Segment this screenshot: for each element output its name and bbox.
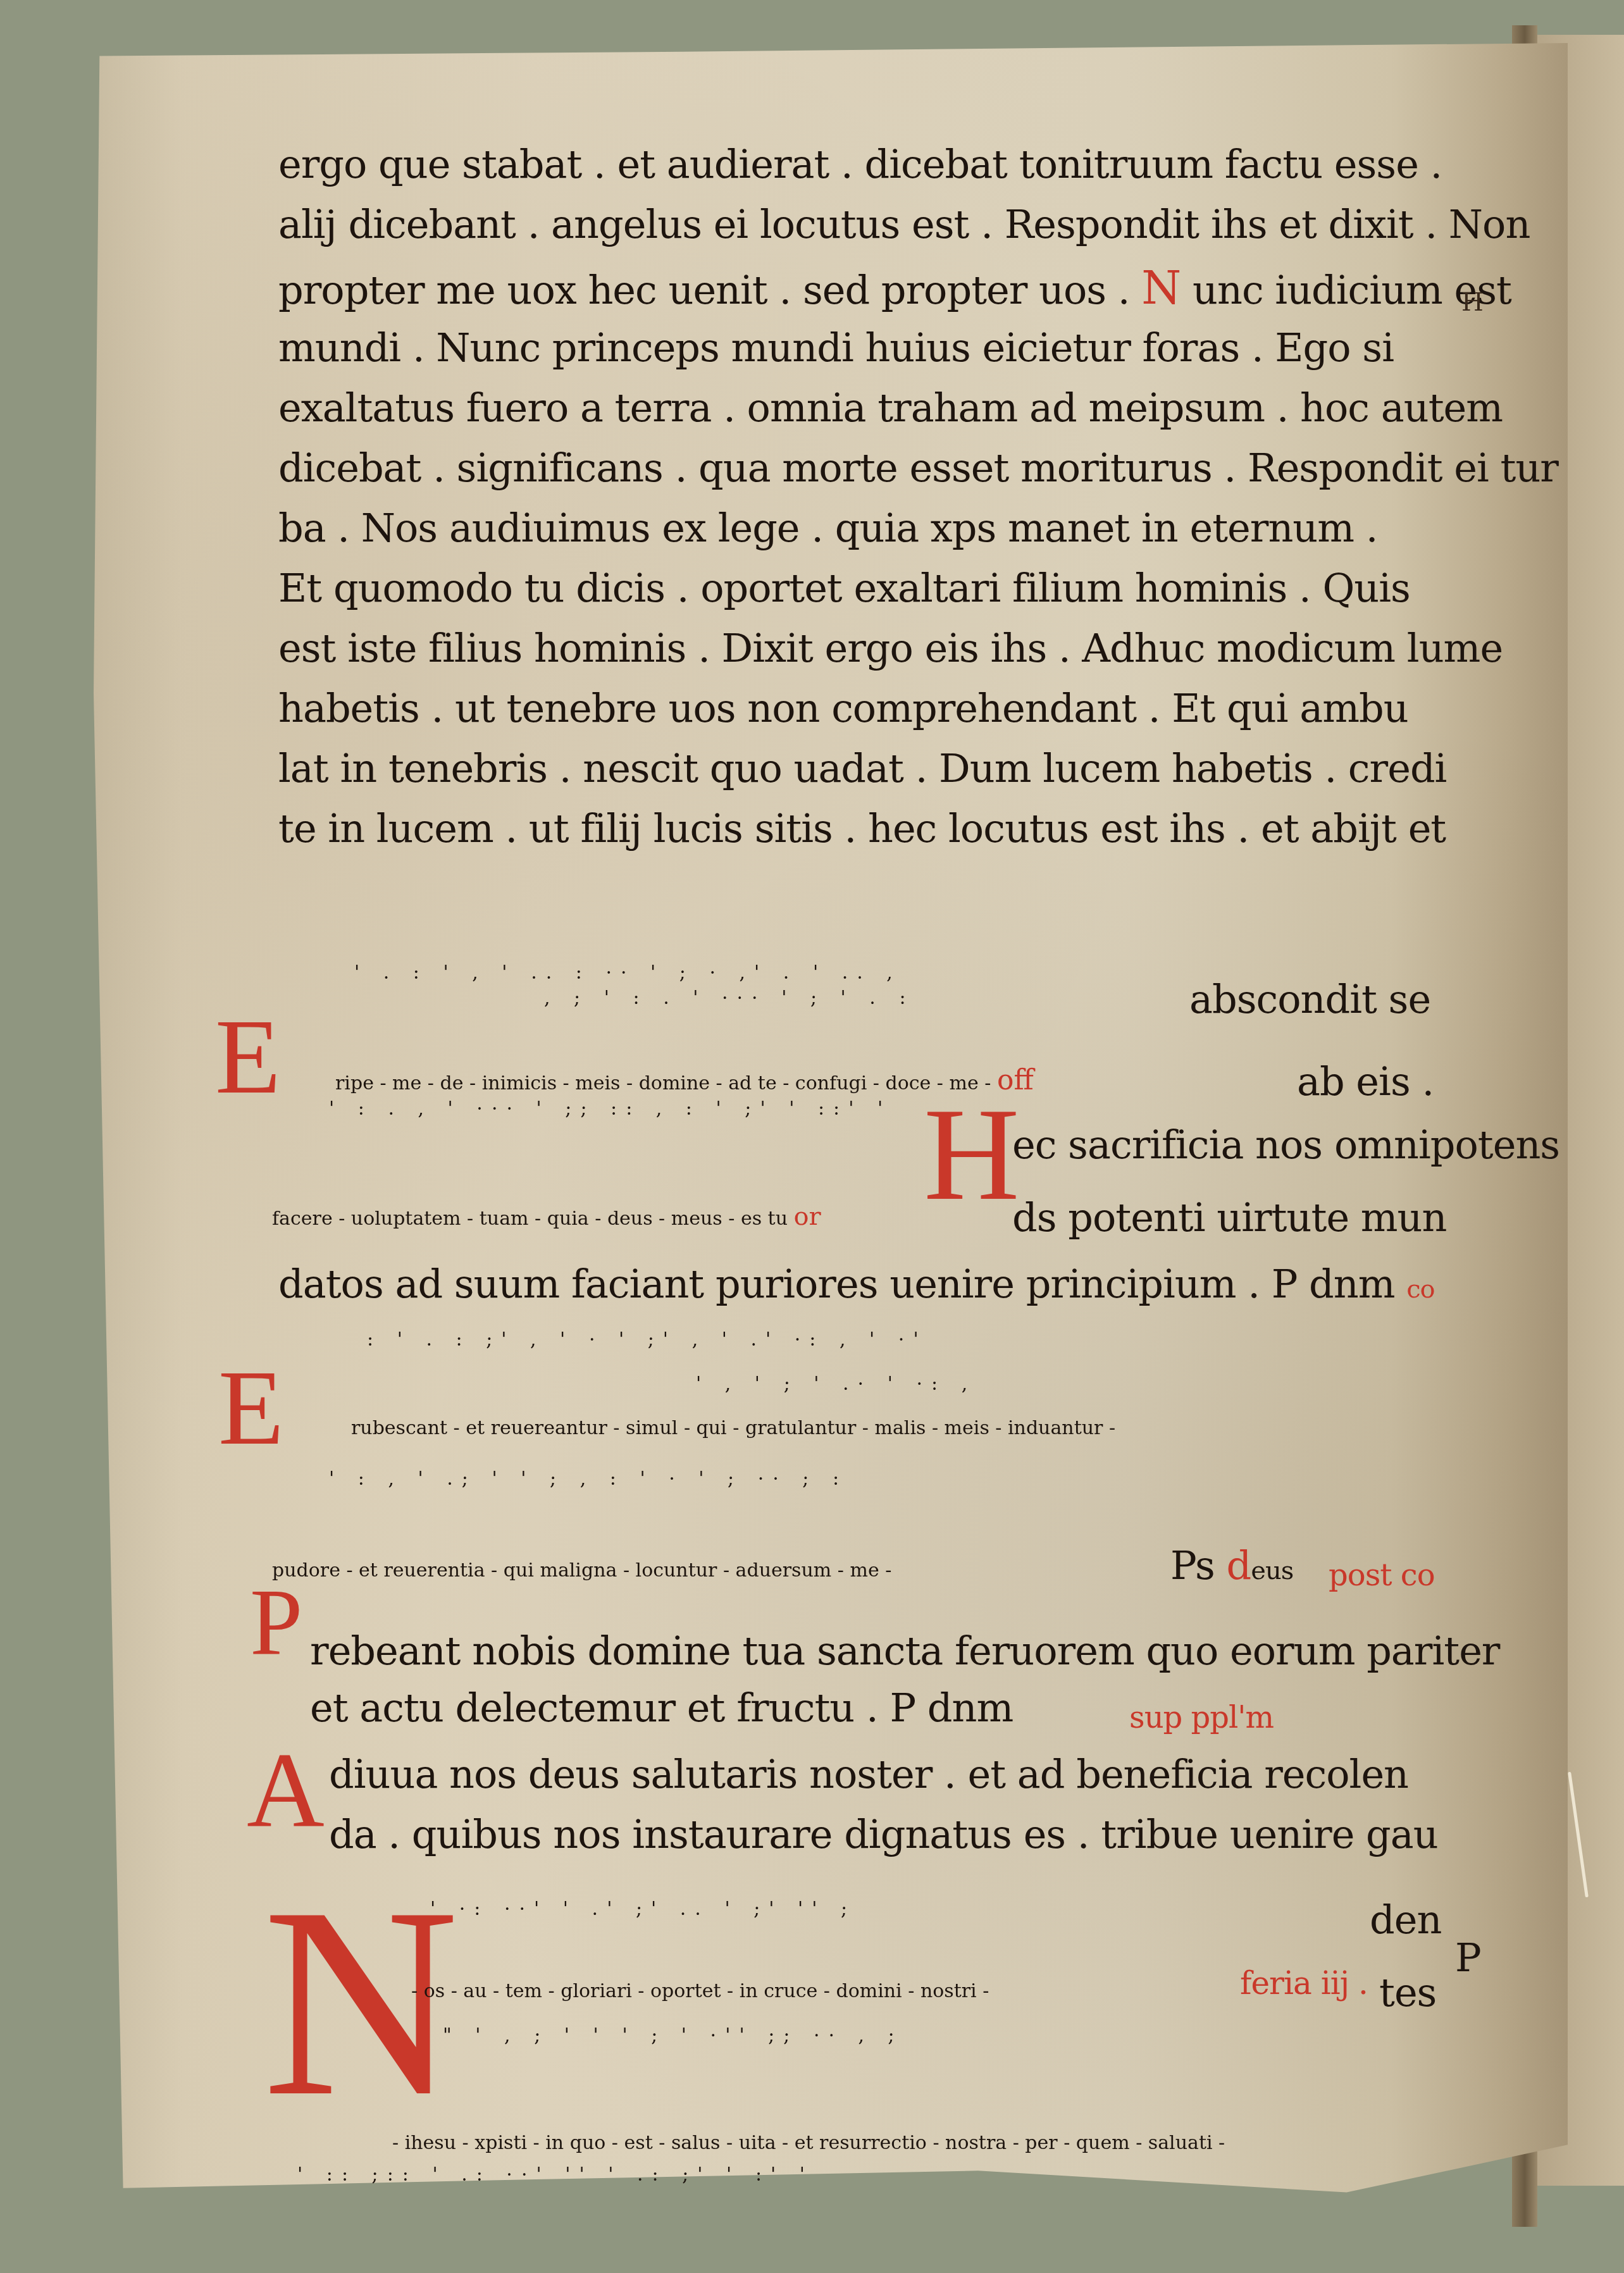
neumes: ' , ' ; ' .· ' ·: , xyxy=(696,1373,976,1411)
chant-syllables: - ihesu - xpisti - in quo - est - salus … xyxy=(392,2132,1225,2155)
chant-letter: P xyxy=(1455,1936,1481,1980)
prose-line: et actu delectemur et fructu . P dnm xyxy=(310,1686,1013,1730)
prose-text: propter me uox hec uenit . sed propter u… xyxy=(278,267,1130,313)
rubric-postcommunion: post co xyxy=(1329,1553,1435,1597)
red-initial-a: A xyxy=(247,1737,325,1844)
syllables: ripe - me - de - inimicis - meis - domin… xyxy=(335,1072,991,1094)
prose-line: Et quomodo tu dicis . oportet exaltari f… xyxy=(278,566,1410,610)
chant-text: tes xyxy=(1379,1971,1436,2015)
red-initial-h: H xyxy=(924,1088,1020,1221)
chant-text: ab eis . xyxy=(1297,1060,1434,1104)
prose-line: mundi . Nunc princeps mundi huius eiciet… xyxy=(278,326,1394,370)
chant-text: den xyxy=(1370,1898,1441,1942)
prose-line: alij dicebant . angelus ei locutus est .… xyxy=(278,202,1530,247)
prose-line: dicebat . significans . qua morte esset … xyxy=(278,446,1558,490)
rubric-oratio: or xyxy=(794,1202,821,1231)
prose-text: datos ad suum faciant puriores uenire pr… xyxy=(278,1261,1394,1307)
chant-syllables: - os - au - tem - gloriari - oportet - i… xyxy=(411,1980,989,2003)
red-initial-p: P xyxy=(250,1575,302,1670)
chant-text: ds potenti uirtute mun xyxy=(1012,1196,1446,1240)
prose-line: propter me uox hec uenit . sed propter u… xyxy=(278,266,1511,313)
neumes: ' ·: ··' ' .' ;' .. ' ;' '' ; xyxy=(430,1898,856,1936)
neumes: ' :: ;:: ' .: ··' '' ' .: ;' ' :' ' xyxy=(297,2164,814,2202)
rubric-communion: co xyxy=(1406,1275,1434,1304)
prose-line: ba . Nos audiuimus ex lege . quia xps ma… xyxy=(278,506,1377,550)
neumes: ' : . , ' ··· ' ;; :: , : ' ;' ' ::' ' xyxy=(329,1098,891,1136)
red-initial-e: E xyxy=(218,1354,284,1461)
rubric-letter: d xyxy=(1227,1542,1251,1589)
rubric-feria: feria iij . xyxy=(1240,1961,1368,2005)
neumes: : ' . : ;' , ' · ' ;' , ' .' ·: , ' ·' xyxy=(367,1328,927,1366)
chant-text: ec sacrificia nos omnipotens xyxy=(1012,1123,1559,1167)
psalm-text: eus xyxy=(1251,1556,1293,1585)
chant-syllables: pudore - et reuerentia - qui maligna - l… xyxy=(272,1559,891,1582)
neumes: ' : , ' .; ' ' ; , : ' · ' ; ·· ; : xyxy=(329,1468,848,1506)
margin-letter: H xyxy=(1461,288,1484,317)
prose-line: lat in tenebris . nescit quo uadat . Dum… xyxy=(278,746,1446,791)
prose-line: diuua nos deus salutaris noster . et ad … xyxy=(329,1752,1408,1797)
rubric-super-populum: sup ppl'm xyxy=(1129,1695,1274,1740)
neumes: " ' , ; ' ' ' ; ' ·'' ;; ·· , ; xyxy=(443,2024,903,2062)
chant-text: abscondit se xyxy=(1189,977,1430,1022)
psalm-cue: Ps deus xyxy=(1170,1544,1293,1593)
chant-syllables: facere - uoluptatem - tuam - quia - deus… xyxy=(272,1205,821,1230)
syllables: facere - uoluptatem - tuam - quia - deus… xyxy=(272,1208,788,1230)
red-initial-e: E xyxy=(215,1003,281,1110)
psalm-mark: Ps xyxy=(1170,1542,1215,1589)
prose-line: habetis . ut tenebre uos non comprehenda… xyxy=(278,686,1408,731)
prose-line: ergo que stabat . et audierat . dicebat … xyxy=(278,142,1442,187)
prose-line: exaltatus fuero a terra . omnia traham a… xyxy=(278,386,1503,430)
prose-line: datos ad suum faciant puriores uenire pr… xyxy=(278,1262,1435,1311)
red-initial-n: N xyxy=(1141,261,1181,314)
prose-line: da . quibus nos instaurare dignatus es .… xyxy=(329,1812,1438,1857)
neumes: , ; ' : . ' ··· ' ; ' . : xyxy=(544,987,915,1025)
chant-syllables: rubescant - et reuereantur - simul - qui… xyxy=(351,1417,1115,1440)
prose-line: rebeant nobis domine tua sancta feruorem… xyxy=(310,1629,1500,1673)
prose-line: est iste filius hominis . Dixit ergo eis… xyxy=(278,626,1503,671)
prose-line: te in lucem . ut filij lucis sitis . hec… xyxy=(278,807,1446,851)
